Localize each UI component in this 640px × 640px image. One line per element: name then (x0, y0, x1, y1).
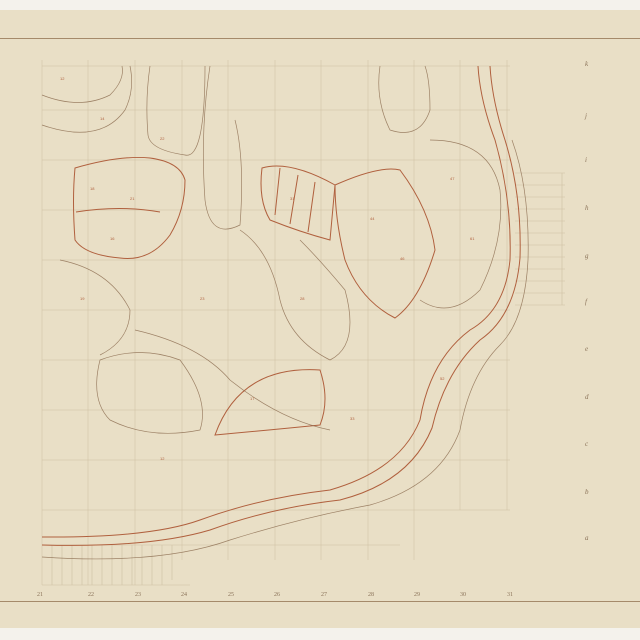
grid-lines (42, 60, 510, 585)
row-label: h (585, 204, 589, 212)
svg-text:52: 52 (440, 376, 445, 381)
svg-text:61: 61 (470, 236, 475, 241)
survey-point-labels: 121422 182116 314446 281712 335261 19234… (60, 76, 475, 461)
row-label: d (585, 393, 589, 401)
row-label: c (585, 440, 588, 448)
contour-lines (42, 66, 528, 559)
bottom-ticks (42, 545, 190, 585)
svg-text:12: 12 (160, 456, 165, 461)
row-label: b (585, 488, 589, 496)
row-label: k (585, 60, 588, 68)
svg-text:21: 21 (130, 196, 135, 201)
svg-text:18: 18 (90, 186, 95, 191)
row-label: i (585, 156, 587, 164)
svg-text:31: 31 (290, 196, 295, 201)
axis-label: 29 (414, 592, 420, 598)
svg-text:44: 44 (370, 216, 375, 221)
row-label: f (585, 298, 587, 306)
row-label: a (585, 534, 589, 542)
survey-plan-drawing: 121422 182116 314446 281712 335261 19234… (0, 0, 640, 640)
row-label: j (585, 112, 587, 120)
svg-text:33: 33 (350, 416, 355, 421)
axis-label: 30 (460, 592, 466, 598)
axis-label: 22 (88, 592, 94, 598)
axis-label: 24 (181, 592, 187, 598)
row-label: e (585, 345, 588, 353)
svg-text:46: 46 (400, 256, 405, 261)
svg-text:16: 16 (110, 236, 115, 241)
axis-label: 26 (274, 592, 280, 598)
axis-label: 23 (135, 592, 141, 598)
row-label: g (585, 252, 589, 260)
axis-label: 21 (37, 592, 43, 598)
svg-text:19: 19 (80, 296, 85, 301)
path-outlines (42, 66, 520, 545)
svg-text:28: 28 (300, 296, 305, 301)
axis-label: 27 (321, 592, 327, 598)
svg-text:14: 14 (100, 116, 105, 121)
axis-label: 28 (368, 592, 374, 598)
right-ticks (515, 173, 565, 305)
svg-text:22: 22 (160, 136, 165, 141)
svg-text:17: 17 (250, 396, 255, 401)
svg-text:23: 23 (200, 296, 205, 301)
svg-text:12: 12 (60, 76, 65, 81)
axis-label: 25 (228, 592, 234, 598)
axis-label: 31 (507, 592, 513, 598)
svg-text:47: 47 (450, 176, 455, 181)
